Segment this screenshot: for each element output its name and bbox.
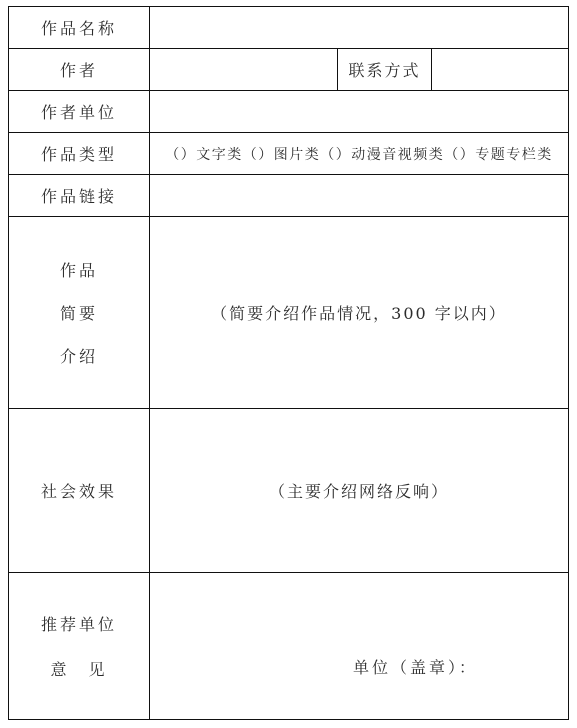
seal-label: 单位（盖章）：	[353, 655, 478, 678]
social-effect-field[interactable]: （主要介绍网络反响）	[150, 409, 568, 572]
author-field[interactable]	[150, 49, 337, 90]
label-work-type: 作品类型	[9, 133, 150, 174]
work-link-field[interactable]	[150, 175, 568, 216]
row-work-type: 作品类型 （）文字类（）图片类（）动漫音视频类（）专题专栏类	[9, 133, 568, 175]
recommendation-field[interactable]: 单位（盖章）：	[150, 573, 568, 719]
label-social-effect: 社会效果	[9, 409, 150, 572]
label-summary: 作品 简要 介绍	[9, 217, 150, 408]
work-title-field[interactable]	[150, 7, 568, 48]
work-type-options[interactable]: （）文字类（）图片类（）动漫音视频类（）专题专栏类	[165, 144, 553, 164]
label-summary-line-2: 简要	[60, 301, 98, 324]
label-summary-line-3: 介绍	[60, 344, 98, 367]
summary-field[interactable]: （简要介绍作品情况，300 字以内）	[150, 217, 568, 408]
row-social-effect: 社会效果 （主要介绍网络反响）	[9, 409, 568, 573]
label-work-link: 作品链接	[9, 175, 150, 216]
row-author-org: 作者单位	[9, 91, 568, 133]
label-recommendation-line-1: 推荐单位	[41, 612, 117, 635]
summary-hint: （简要介绍作品情况，300 字以内）	[211, 301, 507, 324]
label-author: 作者	[9, 49, 150, 90]
row-summary: 作品 简要 介绍 （简要介绍作品情况，300 字以内）	[9, 217, 568, 409]
label-summary-line-1: 作品	[60, 258, 98, 281]
label-recommendation: 推荐单位 意 见	[9, 573, 150, 719]
social-effect-hint: （主要介绍网络反响）	[269, 479, 449, 502]
author-org-field[interactable]	[150, 91, 568, 132]
label-contact: 联系方式	[337, 49, 432, 90]
contact-field[interactable]	[432, 49, 568, 90]
label-recommendation-line-2: 意 见	[50, 657, 107, 680]
submission-form-table: 作品名称 作者 联系方式 作者单位 作品类型 （）文字类（）图片类（）动漫音视频…	[8, 6, 569, 720]
work-type-field[interactable]: （）文字类（）图片类（）动漫音视频类（）专题专栏类	[150, 133, 568, 174]
row-recommendation: 推荐单位 意 见 单位（盖章）：	[9, 573, 568, 719]
label-work-title: 作品名称	[9, 7, 150, 48]
label-author-org: 作者单位	[9, 91, 150, 132]
row-work-title: 作品名称	[9, 7, 568, 49]
row-work-link: 作品链接	[9, 175, 568, 217]
row-author: 作者 联系方式	[9, 49, 568, 91]
